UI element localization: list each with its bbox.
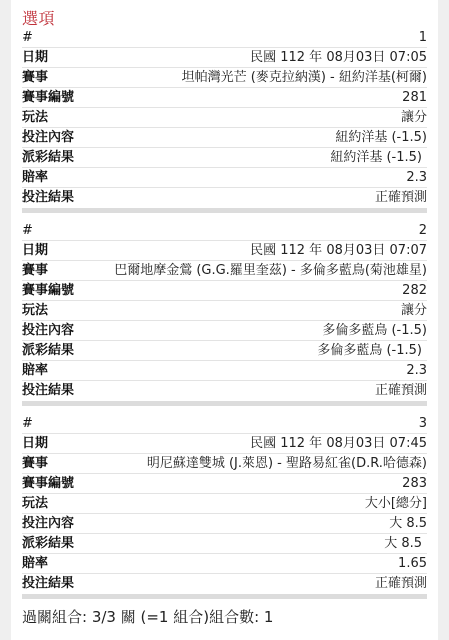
label-index: # [22, 414, 33, 434]
value-bet-content: 大 8.5 [389, 514, 427, 534]
row-odds: 賠率 2.3 [22, 168, 427, 188]
label-payout-result: 派彩結果 [22, 534, 74, 554]
value-index: 1 [419, 28, 427, 48]
row-payout-result: 派彩結果 紐約洋基 (-1.5) [22, 148, 427, 168]
label-bet-content: 投注內容 [22, 321, 74, 341]
block-divider [22, 594, 427, 599]
value-bet-result: 正確預測 [375, 188, 427, 208]
value-index: 3 [419, 414, 427, 434]
row-date: 日期 民國 112 年 08月03日 07:45 [22, 434, 427, 454]
label-date: 日期 [22, 48, 48, 68]
value-bet-content: 多倫多藍鳥 (-1.5) [322, 321, 427, 341]
label-bet-result: 投注結果 [22, 188, 74, 208]
row-payout-result: 派彩結果 多倫多藍鳥 (-1.5) [22, 341, 427, 361]
value-odds: 2.3 [406, 361, 427, 381]
label-odds: 賠率 [22, 554, 48, 574]
label-odds: 賠率 [22, 168, 48, 188]
label-bet-result: 投注結果 [22, 574, 74, 594]
label-payout-result: 派彩結果 [22, 148, 74, 168]
row-play-type: 玩法 大小[總分] [22, 494, 427, 514]
row-payout-result: 派彩結果 大 8.5 [22, 534, 427, 554]
value-payout-result: 紐約洋基 (-1.5) [330, 148, 427, 168]
bet-block-2: # 2 日期 民國 112 年 08月03日 07:07 賽事 巴爾地摩金鶯 (… [22, 221, 427, 406]
row-event-no: 賽事編號 281 [22, 88, 427, 108]
parlay-summary: 過關組合: 3/3 關 (=1 組合)組合數: 1 [22, 606, 273, 627]
label-bet-result: 投注結果 [22, 381, 74, 401]
label-date: 日期 [22, 241, 48, 261]
bet-block-1: # 1 日期 民國 112 年 08月03日 07:05 賽事 坦帕灣光芒 (麥… [22, 28, 427, 213]
value-date: 民國 112 年 08月03日 07:07 [250, 241, 427, 261]
value-event: 明尼蘇達雙城 (J.萊恩) - 聖路易紅雀(D.R.哈德森) [147, 454, 427, 474]
value-date: 民國 112 年 08月03日 07:05 [250, 48, 427, 68]
row-odds: 賠率 2.3 [22, 361, 427, 381]
value-play-type: 讓分 [401, 301, 427, 321]
row-date: 日期 民國 112 年 08月03日 07:05 [22, 48, 427, 68]
row-bet-result: 投注結果 正確預測 [22, 574, 427, 594]
value-event-no: 282 [402, 281, 427, 301]
row-index: # 1 [22, 28, 427, 48]
value-bet-content: 紐約洋基 (-1.5) [335, 128, 427, 148]
row-play-type: 玩法 讓分 [22, 301, 427, 321]
value-payout-result: 大 8.5 [384, 534, 427, 554]
value-event: 巴爾地摩金鶯 (G.G.羅里奎茲) - 多倫多藍鳥(菊池雄星) [114, 261, 427, 281]
label-bet-content: 投注內容 [22, 128, 74, 148]
row-index: # 3 [22, 414, 427, 434]
label-event: 賽事 [22, 261, 48, 281]
value-date: 民國 112 年 08月03日 07:45 [250, 434, 427, 454]
row-bet-result: 投注結果 正確預測 [22, 188, 427, 208]
row-odds: 賠率 1.65 [22, 554, 427, 574]
label-payout-result: 派彩結果 [22, 341, 74, 361]
row-bet-content: 投注內容 大 8.5 [22, 514, 427, 534]
label-event-no: 賽事編號 [22, 281, 74, 301]
label-event: 賽事 [22, 68, 48, 88]
row-bet-content: 投注內容 多倫多藍鳥 (-1.5) [22, 321, 427, 341]
label-play-type: 玩法 [22, 108, 48, 128]
value-play-type: 讓分 [401, 108, 427, 128]
row-play-type: 玩法 讓分 [22, 108, 427, 128]
label-index: # [22, 221, 33, 241]
bet-detail-panel: 選項 # 1 日期 民國 112 年 08月03日 07:05 賽事 坦帕灣光芒… [11, 0, 438, 640]
value-odds: 2.3 [406, 168, 427, 188]
label-index: # [22, 28, 33, 48]
row-bet-result: 投注結果 正確預測 [22, 381, 427, 401]
value-payout-result: 多倫多藍鳥 (-1.5) [317, 341, 427, 361]
row-index: # 2 [22, 221, 427, 241]
label-bet-content: 投注內容 [22, 514, 74, 534]
label-play-type: 玩法 [22, 301, 48, 321]
value-odds: 1.65 [398, 554, 427, 574]
section-title: 選項 [22, 6, 55, 29]
label-event-no: 賽事編號 [22, 88, 74, 108]
label-date: 日期 [22, 434, 48, 454]
label-odds: 賠率 [22, 361, 48, 381]
value-event: 坦帕灣光芒 (麥克拉納漢) - 紐約洋基(柯爾) [182, 68, 427, 88]
value-index: 2 [419, 221, 427, 241]
block-divider [22, 401, 427, 406]
row-bet-content: 投注內容 紐約洋基 (-1.5) [22, 128, 427, 148]
label-event-no: 賽事編號 [22, 474, 74, 494]
label-event: 賽事 [22, 454, 48, 474]
value-event-no: 281 [402, 88, 427, 108]
row-date: 日期 民國 112 年 08月03日 07:07 [22, 241, 427, 261]
row-event: 賽事 巴爾地摩金鶯 (G.G.羅里奎茲) - 多倫多藍鳥(菊池雄星) [22, 261, 427, 281]
row-event: 賽事 明尼蘇達雙城 (J.萊恩) - 聖路易紅雀(D.R.哈德森) [22, 454, 427, 474]
label-play-type: 玩法 [22, 494, 48, 514]
value-bet-result: 正確預測 [375, 574, 427, 594]
block-divider [22, 208, 427, 213]
row-event: 賽事 坦帕灣光芒 (麥克拉納漢) - 紐約洋基(柯爾) [22, 68, 427, 88]
bet-block-3: # 3 日期 民國 112 年 08月03日 07:45 賽事 明尼蘇達雙城 (… [22, 414, 427, 599]
value-event-no: 283 [402, 474, 427, 494]
value-bet-result: 正確預測 [375, 381, 427, 401]
value-play-type: 大小[總分] [365, 494, 427, 514]
row-event-no: 賽事編號 283 [22, 474, 427, 494]
row-event-no: 賽事編號 282 [22, 281, 427, 301]
